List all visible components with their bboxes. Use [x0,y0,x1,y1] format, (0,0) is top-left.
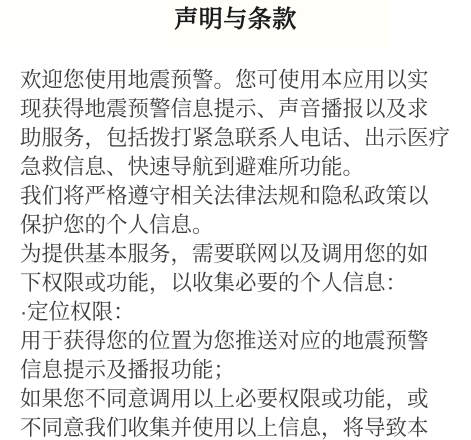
terms-paragraph-welcome: 欢迎您使用地震预警。您可使用本应用以实 现获得地震预警信息提示、声音播报以及求 … [20,66,461,182]
terms-line: 我们将严格遵守相关法律法规和隐私政策以 [20,182,461,211]
terms-line: 现获得地震预警信息提示、声音播报以及求 [20,95,461,124]
terms-line: 急救信息、快速导航到避难所功能。 [20,153,461,182]
terms-paragraph-location-permission-desc: 用于获得您的位置为您推送对应的地震预警 信息提示及播报功能； [20,327,461,385]
terms-paragraph-location-permission-heading: ·定位权限： [20,298,461,327]
terms-paragraph-disagree-consequence: 如果您不同意调用以上必要权限或功能，或 不同意我们收集并使用以上信息，将导致本 [20,385,461,440]
terms-line: 用于获得您的位置为您推送对应的地震预警 [20,327,461,356]
terms-paragraph-permissions-intro: 为提供基本服务，需要联网以及调用您的如 下权限或功能，以收集必要的个人信息： [20,240,461,298]
terms-paragraph-privacy: 我们将严格遵守相关法律法规和隐私政策以 保护您的个人信息。 [20,182,461,240]
terms-dialog: 声明与条款 欢迎您使用地震预警。您可使用本应用以实 现获得地震预警信息提示、声音… [0,4,471,440]
terms-line: ·定位权限： [20,298,461,327]
terms-line: 助服务，包括拨打紧急联系人电话、出示医疗 [20,124,461,153]
terms-line: 信息提示及播报功能； [20,356,461,385]
terms-line: 为提供基本服务，需要联网以及调用您的如 [20,240,461,269]
terms-line: 欢迎您使用地震预警。您可使用本应用以实 [20,66,461,95]
terms-line: 下权限或功能，以收集必要的个人信息： [20,269,461,298]
terms-line: 如果您不同意调用以上必要权限或功能，或 [20,385,461,414]
terms-body-text: 欢迎您使用地震预警。您可使用本应用以实 现获得地震预警信息提示、声音播报以及求 … [20,66,461,440]
page-title: 声明与条款 [0,4,471,36]
terms-line: 不同意我们收集并使用以上信息，将导致本 [20,414,461,440]
terms-line: 保护您的个人信息。 [20,211,461,240]
